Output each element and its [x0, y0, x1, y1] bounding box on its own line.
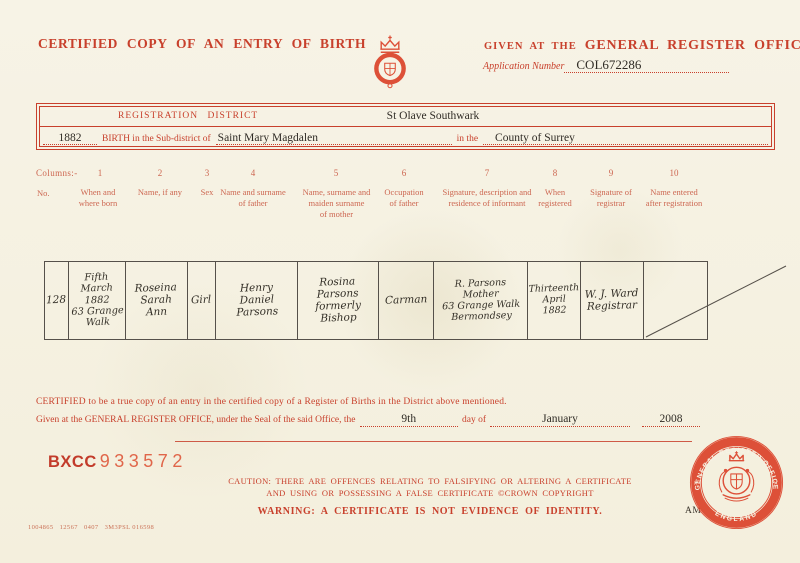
given-at-label: GIVEN AT THE	[484, 41, 577, 52]
print-code: 1004865 12567 0407 3M3PSL 016598	[28, 524, 154, 531]
application-number-row: Application Number COL672286	[483, 58, 729, 73]
register-entry-table: 128 Fifth March 1882 63 Grange Walk Rose…	[44, 261, 708, 340]
divider-rule	[175, 441, 692, 442]
certificate-title: CERTIFIED COPY OF AN ENTRY OF BIRTH	[38, 36, 366, 52]
column-label-occupation: Occupation of father	[374, 187, 434, 209]
entry-sex: Girl	[191, 294, 212, 307]
column-number-1: 1	[80, 168, 120, 178]
gro-seal-icon: GENERAL REGISTER OFFICE ENGLAND ✕ ✕	[689, 435, 784, 530]
county-value: County of Surrey	[483, 132, 768, 145]
entry-cell-when-where-born: Fifth March 1882 63 Grange Walk	[69, 262, 126, 339]
caution-block: CAUTION: THERE ARE OFFENCES RELATING TO …	[170, 475, 690, 517]
day-of-label: day of	[462, 415, 486, 427]
subdistrict-value: Saint Mary Magdalen	[216, 132, 452, 145]
column-number-6: 6	[384, 168, 424, 178]
birth-certificate-document: { "header": { "title_left": "CERTIFIED C…	[0, 0, 800, 563]
entry-when-where-born: Fifth March 1882 63 Grange Walk	[70, 271, 124, 329]
column-number-4: 4	[233, 168, 273, 178]
column-number-10: 10	[654, 168, 694, 178]
column-label-mother: Name, surname and maiden surname of moth…	[289, 187, 384, 220]
entry-mother: Rosina Parsons formerly Bishop	[314, 276, 361, 326]
caution-line-2: AND USING OR POSSESSING A FALSE CERTIFIC…	[170, 487, 690, 499]
caution-line-1: CAUTION: THERE ARE OFFENCES RELATING TO …	[170, 475, 690, 487]
serial-number: BXCC 933572	[48, 451, 187, 472]
entry-informant: R. Parsons Mother 63 Grange Walk Bermond…	[441, 277, 520, 324]
entry-cell-no: 128	[45, 262, 69, 339]
column-number-8: 8	[535, 168, 575, 178]
columns-label: Columns:-	[36, 168, 78, 178]
entry-cell-informant: R. Parsons Mother 63 Grange Walk Bermond…	[434, 262, 528, 339]
column-number-9: 9	[591, 168, 631, 178]
certified-statement: CERTIFIED to be a true copy of an entry …	[36, 397, 507, 407]
entry-no: 128	[46, 294, 66, 307]
entry-occupation: Carman	[385, 294, 428, 308]
entry-year: 1882	[43, 132, 97, 145]
office-name-label: GENERAL REGISTER OFFICE	[585, 38, 800, 53]
seal-star-right-icon: ✕	[774, 481, 779, 487]
in-the-label: in the	[457, 134, 478, 145]
column-number-7: 7	[467, 168, 507, 178]
given-prefix: Given at the GENERAL REGISTER OFFICE, un…	[36, 415, 356, 427]
column-number-5: 5	[316, 168, 356, 178]
entry-cell-registrar-signature: W. J. Ward Registrar	[581, 262, 644, 339]
entry-registrar-signature: W. J. Ward Registrar	[585, 288, 639, 314]
entry-father: Henry Daniel Parsons	[235, 282, 278, 320]
application-number-value: COL672286	[564, 58, 729, 73]
given-at-seal-row: Given at the GENERAL REGISTER OFFICE, un…	[36, 413, 700, 427]
registration-inner-border: REGISTRATION DISTRICT St Olave Southwark…	[39, 106, 772, 147]
issue-day: 9th	[360, 413, 458, 427]
serial-prefix: BXCC	[48, 453, 97, 472]
issue-month: January	[490, 413, 630, 427]
entry-when-registered: Thirteenth April 1882	[528, 283, 580, 317]
column-no-label: No.	[37, 188, 50, 198]
column-label-father: Name and surname of father	[211, 187, 295, 209]
registration-district-value: St Olave Southwark	[40, 110, 771, 122]
entry-cell-father: Henry Daniel Parsons	[216, 262, 298, 339]
entry-cell-name-after-registration	[644, 262, 709, 339]
registration-district-box: REGISTRATION DISTRICT St Olave Southwark…	[36, 103, 775, 150]
serial-digits: 933572	[100, 451, 187, 472]
entry-name: Roseina Sarah Ann	[135, 282, 178, 320]
entry-cell-when-registered: Thirteenth April 1882	[528, 262, 581, 339]
column-number-2: 2	[140, 168, 180, 178]
subdistrict-row: 1882 BIRTH in the Sub-district of Saint …	[40, 127, 771, 147]
seal-star-left-icon: ✕	[693, 481, 698, 487]
entry-cell-name: Roseina Sarah Ann	[126, 262, 188, 339]
issue-year: 2008	[642, 413, 700, 427]
column-label-name: Name, if any	[124, 187, 196, 198]
registration-district-row: REGISTRATION DISTRICT St Olave Southwark	[40, 107, 771, 127]
entry-cell-occupation: Carman	[379, 262, 434, 339]
birth-subdistrict-label: BIRTH in the Sub-district of	[102, 134, 211, 145]
entry-cell-sex: Girl	[188, 262, 216, 339]
column-label-when-registered: When registered	[525, 187, 585, 209]
column-label-name-entered: Name entered after registration	[629, 187, 719, 209]
given-at-office-title: GIVEN AT THE GENERAL REGISTER OFFICE	[484, 36, 800, 54]
warning-line: WARNING: A CERTIFICATE IS NOT EVIDENCE O…	[170, 506, 690, 517]
column-number-3: 3	[187, 168, 227, 178]
application-number-label: Application Number	[483, 61, 564, 73]
royal-crest-icon	[368, 33, 412, 90]
entry-cell-mother: Rosina Parsons formerly Bishop	[298, 262, 379, 339]
